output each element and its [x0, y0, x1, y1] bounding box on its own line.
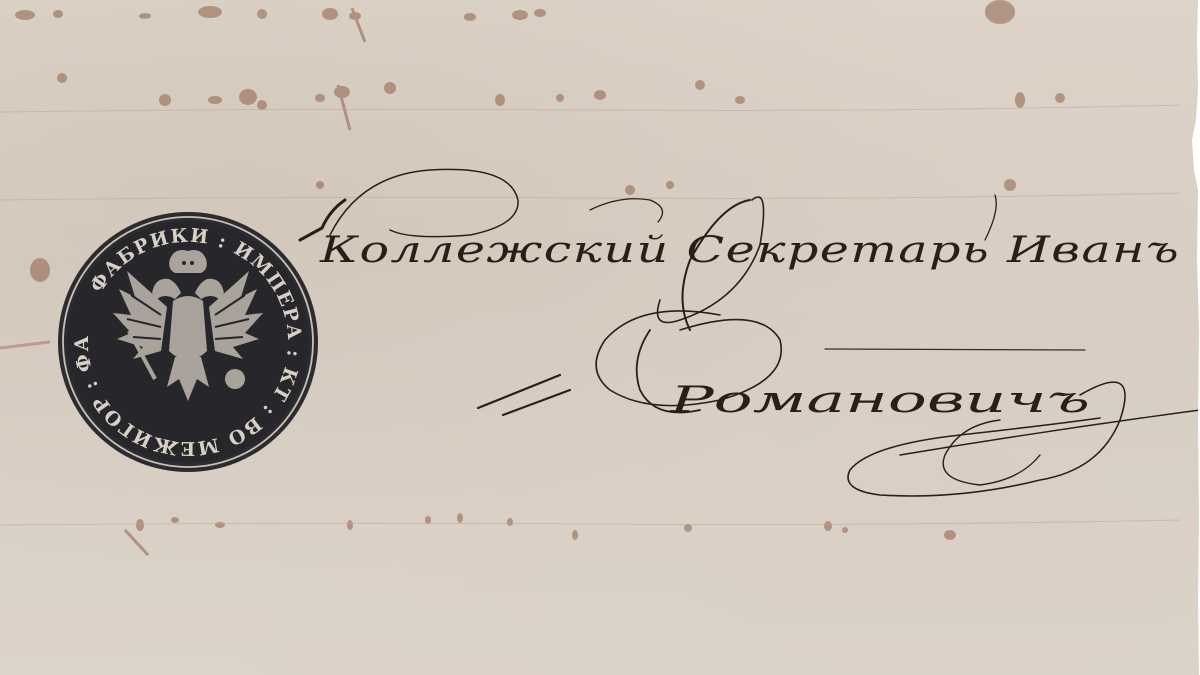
handwritten-signature: Коллежский Секретарь Иванъ Романовичъ [0, 0, 1200, 675]
signature-line-2: Романовичъ [668, 380, 1090, 421]
document-page: ФАБРИКИ : ИМПЕРА : КТ : ВО МЕЖИГОР : ФАЯ… [0, 0, 1200, 675]
torn-paper-edge [1186, 0, 1200, 675]
signature-line-1: Коллежский Секретарь Иванъ [319, 230, 1180, 271]
